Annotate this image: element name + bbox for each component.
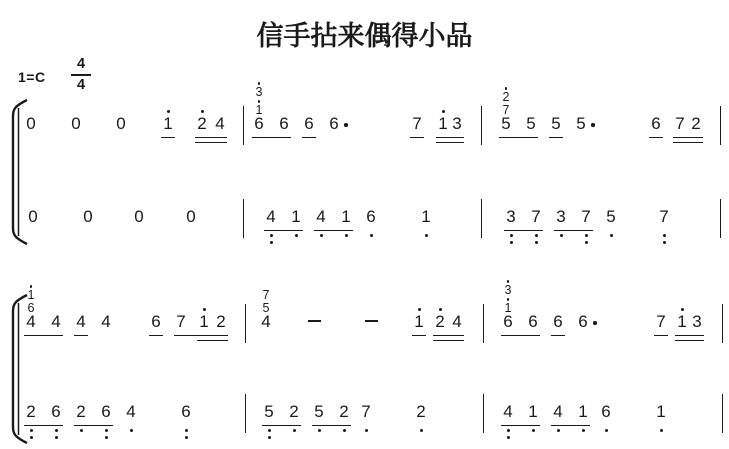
augmentation-dot <box>593 321 597 325</box>
duration-underline <box>24 335 63 336</box>
octave-dot-below <box>270 241 273 244</box>
octave-dot-above <box>439 308 442 311</box>
chord-note: 6 <box>28 302 35 315</box>
octave-dot-below <box>507 436 510 439</box>
note: 3 <box>555 208 567 225</box>
note: 4 <box>265 208 277 225</box>
duration-underline <box>149 335 163 336</box>
note: 2 <box>288 403 300 420</box>
note: 6 <box>502 313 514 330</box>
octave-dot-below <box>343 429 346 432</box>
note: 1 <box>413 313 425 330</box>
note: 5 <box>575 115 587 132</box>
duration-underline <box>549 137 563 138</box>
octave-dot-above <box>681 308 684 311</box>
half-note-dash <box>308 320 321 322</box>
note: 2 <box>338 403 350 420</box>
octave-dot-below <box>320 234 323 237</box>
note: 0 <box>82 208 94 225</box>
duration-underline <box>551 425 590 426</box>
note: 7 <box>674 115 686 132</box>
time-signature-denominator: 4 <box>70 77 92 94</box>
note: 3 <box>505 208 517 225</box>
note: 6 <box>180 403 192 420</box>
score-page: 信手拈来偶得小品 1=C 4 4 00012463166671352755567… <box>0 0 729 449</box>
key-signature: 1=C <box>18 69 46 85</box>
duration-underline <box>410 137 424 138</box>
note: 6 <box>365 208 377 225</box>
barline <box>243 199 244 238</box>
note: 1 <box>162 115 174 132</box>
page-title: 信手拈来偶得小品 <box>0 22 729 52</box>
augmentation-dot <box>591 123 595 127</box>
duration-underline <box>504 230 543 231</box>
duration-underline <box>195 137 227 138</box>
octave-dot-below <box>370 234 373 237</box>
duration-underline <box>314 230 353 231</box>
note: 1 <box>437 115 449 132</box>
octave-dot-below <box>80 429 83 432</box>
duration-underline <box>501 335 540 336</box>
duration-underline <box>554 230 593 231</box>
note: 0 <box>115 115 127 132</box>
note: 6 <box>577 313 589 330</box>
note: 5 <box>525 115 537 132</box>
note: 7 <box>175 313 187 330</box>
note: 6 <box>552 313 564 330</box>
note: 1 <box>198 313 210 330</box>
note: 5 <box>605 208 617 225</box>
octave-dot-below <box>560 234 563 237</box>
octave-dot-below <box>425 234 428 237</box>
octave-dot-below <box>185 436 188 439</box>
octave-dot-below <box>270 234 273 237</box>
note: 4 <box>552 403 564 420</box>
augmentation-dot <box>344 123 348 127</box>
duration-underline <box>675 340 704 341</box>
duration-underline <box>24 425 63 426</box>
time-signature-numerator: 4 <box>70 56 92 73</box>
note: 6 <box>253 115 265 132</box>
note: 0 <box>27 208 39 225</box>
octave-dot-below <box>585 241 588 244</box>
note: 5 <box>500 115 512 132</box>
duration-underline <box>654 335 668 336</box>
note: 2 <box>75 403 87 420</box>
note: 2 <box>690 115 702 132</box>
octave-dot-below <box>345 234 348 237</box>
note: 4 <box>315 208 327 225</box>
note: 1 <box>577 403 589 420</box>
octave-dot-below <box>663 234 666 237</box>
octave-dot-below <box>105 436 108 439</box>
duration-underline <box>501 425 540 426</box>
duration-underline <box>74 425 113 426</box>
note: 1 <box>655 403 667 420</box>
note: 5 <box>313 403 325 420</box>
barline <box>720 106 721 145</box>
duration-underline <box>551 335 565 336</box>
duration-underline <box>161 137 175 138</box>
barline <box>243 106 244 145</box>
duration-underline <box>252 137 291 138</box>
octave-dot-above <box>203 308 206 311</box>
octave-dot-below <box>535 234 538 237</box>
duration-underline <box>675 335 704 336</box>
note: 2 <box>434 313 446 330</box>
chord-stack: 27 <box>500 86 512 117</box>
note: 6 <box>150 313 162 330</box>
note: 1 <box>290 208 302 225</box>
octave-dot-below <box>535 241 538 244</box>
note: 6 <box>303 115 315 132</box>
note: 1 <box>527 403 539 420</box>
duration-underline <box>673 142 703 143</box>
barline <box>722 394 723 433</box>
octave-dot-below <box>557 429 560 432</box>
note: 2 <box>25 403 37 420</box>
chord-stack: 31 <box>253 81 265 117</box>
note: 2 <box>196 115 208 132</box>
octave-dot-below <box>185 429 188 432</box>
octave-dot-above <box>442 110 445 113</box>
note: 4 <box>75 313 87 330</box>
note: 7 <box>360 403 372 420</box>
octave-dot-below <box>532 429 535 432</box>
barline <box>720 199 721 238</box>
octave-dot-below <box>420 429 423 432</box>
barline <box>245 304 246 343</box>
note: 4 <box>50 313 62 330</box>
chord-note: 3 <box>256 86 263 99</box>
octave-dot-below <box>55 436 58 439</box>
duration-underline <box>433 340 464 341</box>
octave-dot-below <box>30 429 33 432</box>
barline <box>722 304 723 343</box>
note: 2 <box>215 313 227 330</box>
octave-dot-below <box>605 429 608 432</box>
note: 4 <box>25 313 37 330</box>
duration-underline <box>649 137 663 138</box>
note: 3 <box>691 313 703 330</box>
note: 4 <box>502 403 514 420</box>
octave-dot-below <box>663 241 666 244</box>
octave-dot-below <box>130 429 133 432</box>
duration-underline <box>499 137 538 138</box>
chord-note: 5 <box>263 302 270 315</box>
note: 6 <box>328 115 340 132</box>
note: 7 <box>658 208 670 225</box>
octave-dot-below <box>585 234 588 237</box>
chord-stack: 31 <box>502 279 514 315</box>
note: 6 <box>278 115 290 132</box>
chord-note: 1 <box>256 104 263 117</box>
note: 0 <box>25 115 37 132</box>
note: 5 <box>550 115 562 132</box>
note: 6 <box>100 403 112 420</box>
duration-underline <box>312 425 351 426</box>
time-signature: 4 4 <box>70 56 92 94</box>
note: 7 <box>655 313 667 330</box>
octave-dot-above <box>418 308 421 311</box>
octave-dot-below <box>610 234 613 237</box>
note: 4 <box>260 313 272 330</box>
note: 1 <box>676 313 688 330</box>
octave-dot-below <box>30 436 33 439</box>
chord-note: 7 <box>503 104 510 117</box>
note: 0 <box>185 208 197 225</box>
note: 1 <box>340 208 352 225</box>
note: 3 <box>451 115 463 132</box>
note: 0 <box>70 115 82 132</box>
chord-stack: 16 <box>25 284 37 315</box>
octave-dot-below <box>268 436 271 439</box>
octave-dot-below <box>510 241 513 244</box>
note: 1 <box>420 208 432 225</box>
note: 5 <box>263 403 275 420</box>
note: 2 <box>415 403 427 420</box>
octave-dot-below <box>318 429 321 432</box>
duration-underline <box>412 335 426 336</box>
duration-underline <box>262 425 301 426</box>
octave-dot-below <box>268 429 271 432</box>
note: 7 <box>411 115 423 132</box>
note: 4 <box>451 313 463 330</box>
barline <box>481 199 482 238</box>
note: 6 <box>600 403 612 420</box>
chord-note: 1 <box>505 302 512 315</box>
barline <box>481 106 482 145</box>
note: 7 <box>530 208 542 225</box>
time-signature-fraction-line <box>71 74 91 76</box>
duration-underline <box>195 142 227 143</box>
note: 7 <box>580 208 592 225</box>
duration-underline <box>74 335 88 336</box>
octave-dot-below <box>507 429 510 432</box>
note: 4 <box>100 313 112 330</box>
octave-dot-below <box>105 429 108 432</box>
note: 4 <box>125 403 137 420</box>
duration-underline <box>673 137 703 138</box>
duration-underline <box>436 137 464 138</box>
chord-note: 3 <box>505 284 512 297</box>
octave-dot-below <box>510 234 513 237</box>
duration-underline <box>433 335 464 336</box>
duration-underline <box>264 230 303 231</box>
note: 6 <box>527 313 539 330</box>
note: 0 <box>133 208 145 225</box>
octave-dot-above <box>167 110 170 113</box>
octave-dot-below <box>582 429 585 432</box>
chord-stack: 75 <box>260 289 272 315</box>
note: 6 <box>50 403 62 420</box>
barline <box>245 394 246 433</box>
octave-dot-below <box>295 234 298 237</box>
octave-dot-below <box>365 429 368 432</box>
duration-underline <box>197 340 228 341</box>
barline <box>483 394 484 433</box>
duration-underline <box>436 142 464 143</box>
half-note-dash <box>365 320 378 322</box>
note: 4 <box>214 115 226 132</box>
octave-dot-above <box>201 110 204 113</box>
barline <box>483 304 484 343</box>
octave-dot-below <box>660 429 663 432</box>
duration-underline <box>174 335 228 336</box>
duration-underline <box>302 137 316 138</box>
octave-dot-below <box>55 429 58 432</box>
octave-dot-below <box>293 429 296 432</box>
note: 6 <box>650 115 662 132</box>
